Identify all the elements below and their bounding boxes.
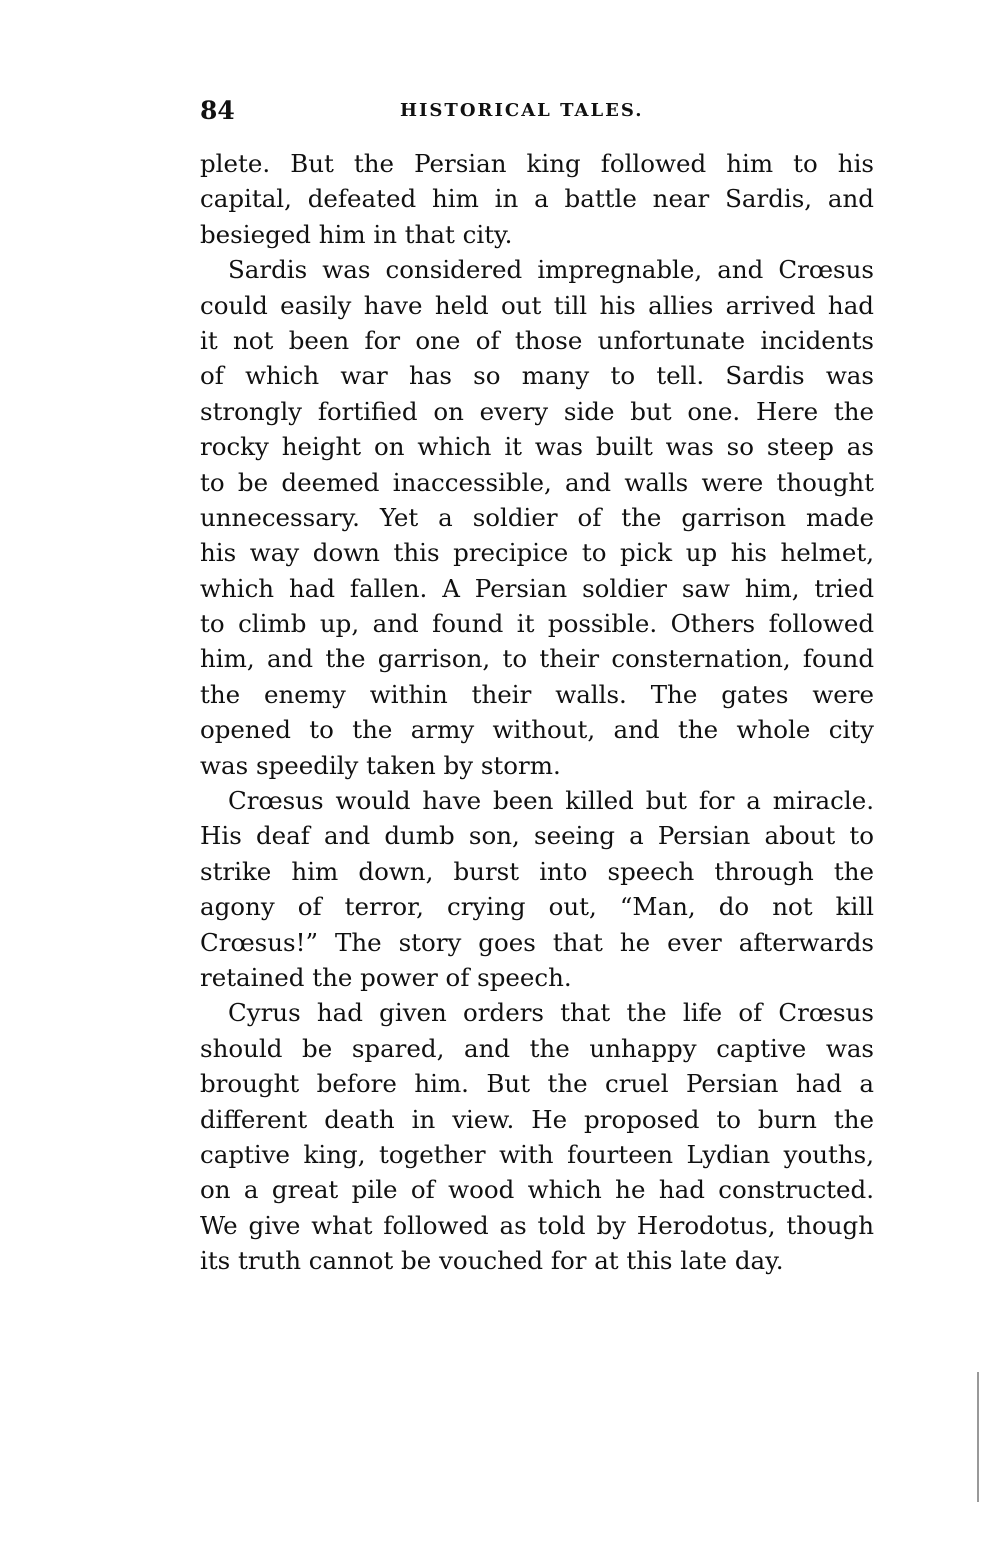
text-line: brought before him. But the cruel Persia… xyxy=(200,1066,874,1101)
text-line: agony of terror, crying out, “Man, do no… xyxy=(200,889,874,924)
text-line: which had fallen. A Persian soldier saw … xyxy=(200,571,874,606)
text-line: retained the power of speech. xyxy=(200,960,874,995)
text-line: his way down this precipice to pick up h… xyxy=(200,535,874,570)
text-line: Crœsus would have been killed but for a … xyxy=(200,783,874,818)
text-line: could easily have held out till his alli… xyxy=(200,288,874,323)
book-page: 84 HISTORICAL TALES. plete. But the Pers… xyxy=(200,96,874,1279)
text-line: to be deemed inaccessible, and walls wer… xyxy=(200,465,874,500)
text-line: on a great pile of wood which he had con… xyxy=(200,1172,874,1207)
text-line: it not been for one of those unfortunate… xyxy=(200,323,874,358)
scan-margin-mark xyxy=(977,1372,979,1502)
text-line: its truth cannot be vouched for at this … xyxy=(200,1243,874,1278)
text-line: besieged him in that city. xyxy=(200,217,874,252)
text-line: him, and the garrison, to their constern… xyxy=(200,641,874,676)
text-line: different death in view. He proposed to … xyxy=(200,1102,874,1137)
text-line: capital, defeated him in a battle near S… xyxy=(200,181,874,216)
text-line: to climb up, and found it possible. Othe… xyxy=(200,606,874,641)
page-number: 84 xyxy=(200,96,235,125)
running-title: HISTORICAL TALES. xyxy=(400,100,643,121)
text-line: of which war has so many to tell. Sardis… xyxy=(200,358,874,393)
text-line: strike him down, burst into speech throu… xyxy=(200,854,874,889)
text-line: was speedily taken by storm. xyxy=(200,748,874,783)
text-line: captive king, together with fourteen Lyd… xyxy=(200,1137,874,1172)
text-line: His deaf and dumb son, seeing a Persian … xyxy=(200,818,874,853)
text-line: rocky height on which it was built was s… xyxy=(200,429,874,464)
text-line: strongly fortified on every side but one… xyxy=(200,394,874,429)
text-line: the enemy within their walls. The gates … xyxy=(200,677,874,712)
text-line: Crœsus!” The story goes that he ever aft… xyxy=(200,925,874,960)
page-header: 84 HISTORICAL TALES. xyxy=(200,96,874,126)
text-line: should be spared, and the unhappy captiv… xyxy=(200,1031,874,1066)
body-text: plete. But the Persian king followed him… xyxy=(200,146,874,1279)
text-line: unnecessary. Yet a soldier of the garris… xyxy=(200,500,874,535)
text-line: opened to the army without, and the whol… xyxy=(200,712,874,747)
text-line: Sardis was considered impregnable, and C… xyxy=(200,252,874,287)
text-line: plete. But the Persian king followed him… xyxy=(200,146,874,181)
text-line: We give what followed as told by Herodot… xyxy=(200,1208,874,1243)
text-line: Cyrus had given orders that the life of … xyxy=(200,995,874,1030)
